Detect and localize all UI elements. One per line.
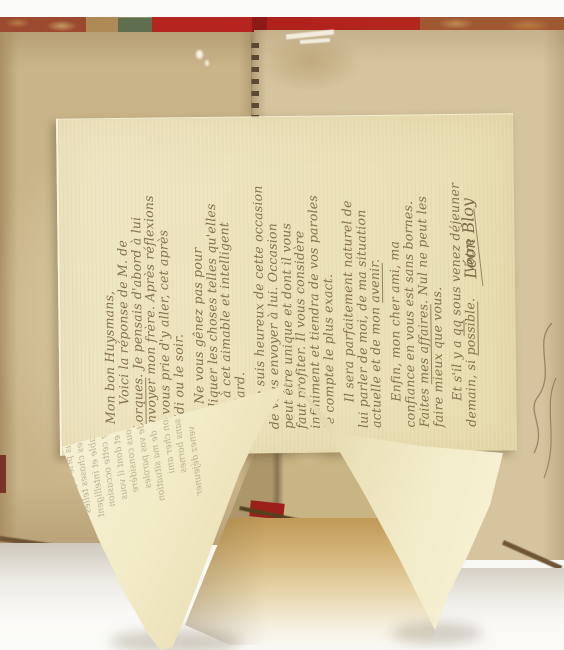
paper-speck bbox=[205, 60, 209, 66]
letter-rotated-page: Mon bon Huysmans,Voici la réponse de M. … bbox=[58, 114, 517, 456]
photo-stage: Mon bon Huysmans,Voici la réponse de M. … bbox=[0, 0, 564, 650]
paper-speck bbox=[196, 50, 203, 59]
binding-stitches bbox=[251, 36, 259, 118]
white-streak bbox=[300, 38, 330, 44]
signature: Léon Bloy bbox=[458, 198, 481, 279]
cover-green-patch bbox=[118, 17, 153, 33]
flap-shadow-right bbox=[392, 622, 482, 644]
cover-red-left bbox=[152, 17, 254, 32]
cover-marbled-left bbox=[0, 17, 88, 32]
margin-scribbles bbox=[522, 318, 562, 493]
letter-sheet: Mon bon Huysmans,Voici la réponse de M. … bbox=[56, 113, 517, 456]
cover-worn-patch bbox=[86, 17, 119, 32]
cover-red-sliver bbox=[0, 455, 6, 493]
letter-text: Mon bon Huysmans,Voici la réponse de M. … bbox=[100, 125, 479, 432]
